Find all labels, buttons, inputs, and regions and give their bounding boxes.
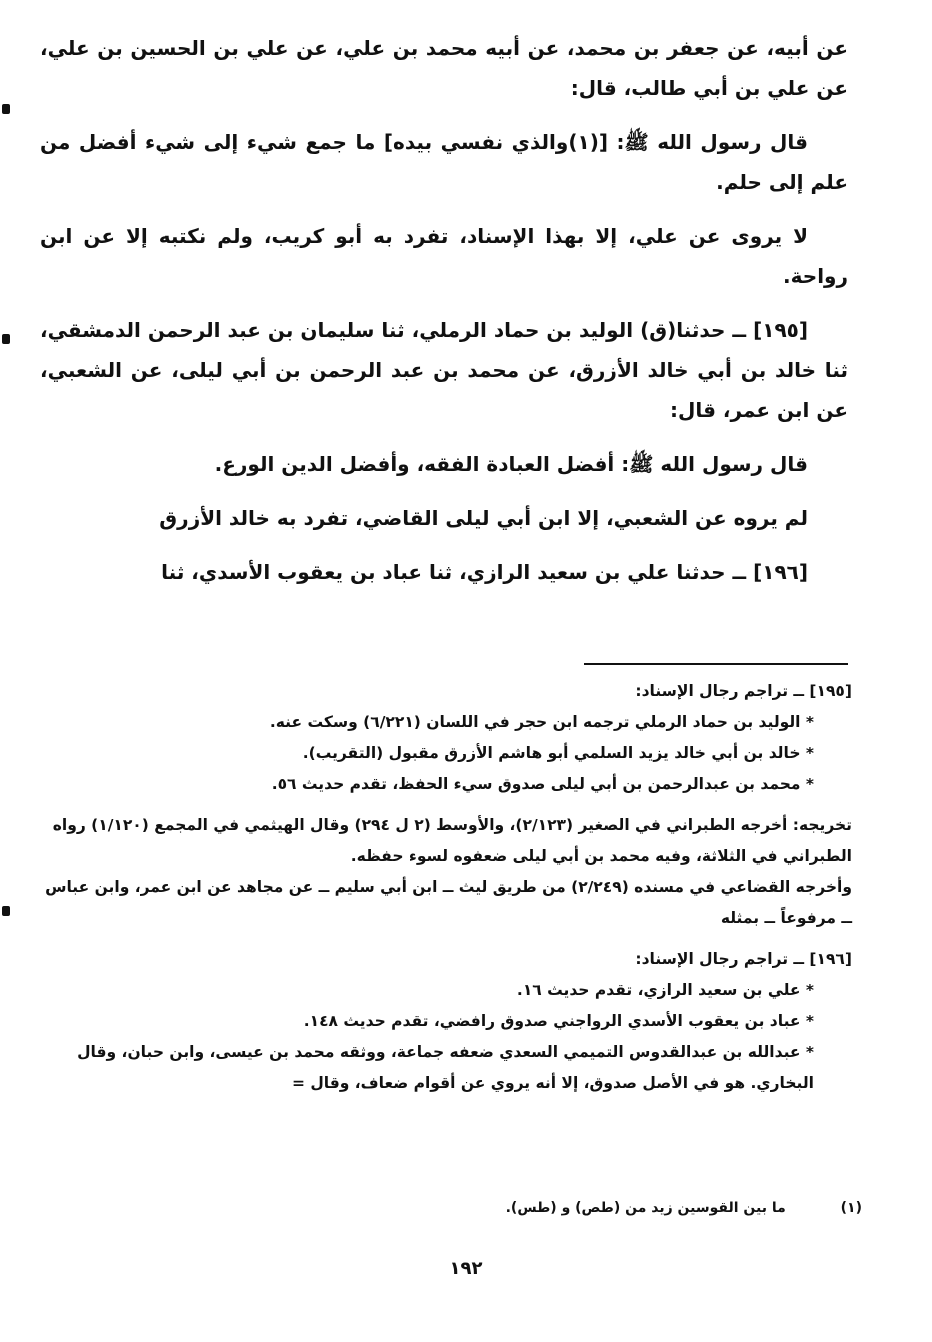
paragraph-hadith-comment: لا يروى عن علي، إلا بهذا الإسناد، تفرد ب… <box>40 216 848 296</box>
takhrij-paragraph: تخريجه: أخرجه الطبراني في الصغير (٢/١٢٣)… <box>40 810 852 872</box>
takhrij-paragraph: وأخرجه القضاعي في مسنده (٢/٢٤٩) من طريق … <box>40 872 852 934</box>
footnote-text: ما بين القوسين زيد من (طص) و (طس). <box>506 1200 786 1216</box>
main-text: عن أبيه، عن جعفر بن محمد، عن أبيه محمد ب… <box>40 28 848 592</box>
paragraph-hadith-text: قال رسول الله ﷺ: [(١)والذي نفسي بيده] ما… <box>40 122 848 202</box>
footnote-divider <box>584 663 848 665</box>
paragraph-isnad-continuation: عن أبيه، عن جعفر بن محمد، عن أبيه محمد ب… <box>40 28 848 108</box>
scan-margin-mark <box>2 334 10 344</box>
note-item: * علي بن سعيد الرازي، تقدم حديث ١٦. <box>40 975 852 1006</box>
page-number: ١٩٢ <box>0 1258 932 1279</box>
paragraph-hadith-195-comment: لم يروه عن الشعبي، إلا ابن أبي ليلى القا… <box>40 498 848 538</box>
paragraph-hadith-195: [١٩٥] ــ حدثنا(ق) الوليد بن حماد الرملي،… <box>40 310 848 430</box>
note-item: * خالد بن أبي خالد يزيد السلمي أبو هاشم … <box>40 738 852 769</box>
scan-margin-mark <box>2 906 10 916</box>
paragraph-hadith-196: [١٩٦] ــ حدثنا علي بن سعيد الرازي، ثنا ع… <box>40 552 848 592</box>
footnote: (١) ما بين القوسين زيد من (طص) و (طس). <box>506 1200 862 1216</box>
notes-section: [١٩٥] ــ تراجم رجال الإسناد: * الوليد بن… <box>40 676 852 1099</box>
scan-margin-mark <box>2 104 10 114</box>
note-item: * عبدالله بن عبدالقدوس التميمي السعدي ضع… <box>40 1037 852 1099</box>
note-item: * عباد بن يعقوب الأسدي الرواجني صدوق راف… <box>40 1006 852 1037</box>
paragraph-hadith-195-text: قال رسول الله ﷺ: أفضل العبادة الفقه، وأف… <box>40 444 848 484</box>
notes-heading-195: [١٩٥] ــ تراجم رجال الإسناد: <box>40 676 852 707</box>
note-item: * الوليد بن حماد الرملي ترجمه ابن حجر في… <box>40 707 852 738</box>
note-item: * محمد بن عبدالرحمن بن أبي ليلى صدوق سيء… <box>40 769 852 800</box>
notes-heading-196: [١٩٦] ــ تراجم رجال الإسناد: <box>40 944 852 975</box>
footnote-number: (١) <box>841 1200 862 1216</box>
